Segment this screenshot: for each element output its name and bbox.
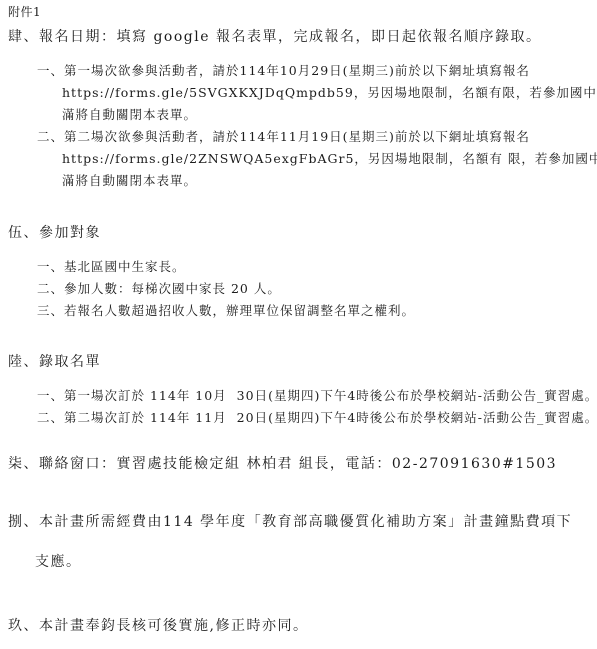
section-admission-heading: 陸、錄取名單 (8, 352, 591, 372)
section-approval-heading: 玖、本計畫奉鈞長核可後實施,修正時亦同。 (8, 616, 591, 636)
enrollment-item-2-url-suffix: ，另因場地限制，名額有 限，若參加國中生家長額 (354, 151, 597, 166)
admission-item-2: 二、第二場次訂於 114年 11月 20日(星期四)下午4時後公布於學校網站-活… (37, 407, 591, 429)
enrollment-item-2-intro: 二、第二場次欲參與活動者，請於114年11月19日(星期三)前於以下網址填寫報名 (37, 126, 591, 148)
enrollment-item-1-url-line: https://forms.gle/5SVGXKXJDqQmpdb59，另因場地… (62, 82, 591, 104)
section-contact-heading: 柒、聯絡窗口：實習處技能檢定組 林柏君 組長，電話：02-27091630#15… (8, 454, 591, 474)
section-participants-heading: 伍、參加對象 (8, 223, 591, 243)
section-contact: 柒、聯絡窗口：實習處技能檢定組 林柏君 組長，電話：02-27091630#15… (8, 454, 591, 474)
enrollment-item-1-url-suffix: ，另因場地限制，名額有限，若參加國中生家長額 (354, 85, 597, 100)
enrollment-item-1-intro: 一、第一場次欲參與活動者，請於114年10月29日(星期三)前於以下網址填寫報名 (37, 60, 591, 82)
section-funding-continuation: 支應。 (35, 552, 591, 572)
attachment-label: 附件1 (8, 4, 591, 20)
enrollment-items: 一、第一場次欲參與活動者，請於114年10月29日(星期三)前於以下網址填寫報名… (8, 60, 591, 192)
participants-items: 一、基北區國中生家長。 二、參加人數：每梯次國中家長 20 人。 三、若報名人數… (8, 256, 591, 322)
admission-items: 一、第一場次訂於 114年 10月 30日(星期四)下午4時後公布於學校網站-活… (8, 385, 591, 429)
enrollment-item-2-closing: 滿將自動關閉本表單。 (62, 170, 591, 192)
participants-item-2: 二、參加人數：每梯次國中家長 20 人。 (37, 278, 591, 300)
admission-item-1: 一、第一場次訂於 114年 10月 30日(星期四)下午4時後公布於學校網站-活… (37, 385, 591, 407)
section-funding: 捌、本計畫所需經費由114 學年度「教育部高職優質化補助方案」計畫鐘點費項下 支… (8, 512, 591, 572)
section-participants: 伍、參加對象 一、基北區國中生家長。 二、參加人數：每梯次國中家長 20 人。 … (8, 223, 591, 322)
enrollment-item-1-closing: 滿將自動關閉本表單。 (62, 104, 591, 126)
participants-item-3: 三、若報名人數超過招收人數，辦理單位保留調整名單之權利。 (37, 300, 591, 322)
section-enrollment: 肆、報名日期：填寫 google 報名表單，完成報名，即日起依報名順序錄取。 一… (8, 27, 591, 192)
section-admission: 陸、錄取名單 一、第一場次訂於 114年 10月 30日(星期四)下午4時後公布… (8, 352, 591, 429)
section-funding-heading: 捌、本計畫所需經費由114 學年度「教育部高職優質化補助方案」計畫鐘點費項下 (8, 512, 591, 532)
registration-url-1[interactable]: https://forms.gle/5SVGXKXJDqQmpdb59 (62, 85, 354, 100)
registration-url-2[interactable]: https://forms.gle/2ZNSWQA5exgFbAGr5 (62, 151, 354, 166)
section-enrollment-heading: 肆、報名日期：填寫 google 報名表單，完成報名，即日起依報名順序錄取。 (8, 27, 591, 47)
section-approval: 玖、本計畫奉鈞長核可後實施,修正時亦同。 (8, 616, 591, 636)
document-page: 附件1 肆、報名日期：填寫 google 報名表單，完成報名，即日起依報名順序錄… (0, 0, 597, 649)
enrollment-item-2-url-line: https://forms.gle/2ZNSWQA5exgFbAGr5，另因場地… (62, 148, 591, 170)
participants-item-1: 一、基北區國中生家長。 (37, 256, 591, 278)
